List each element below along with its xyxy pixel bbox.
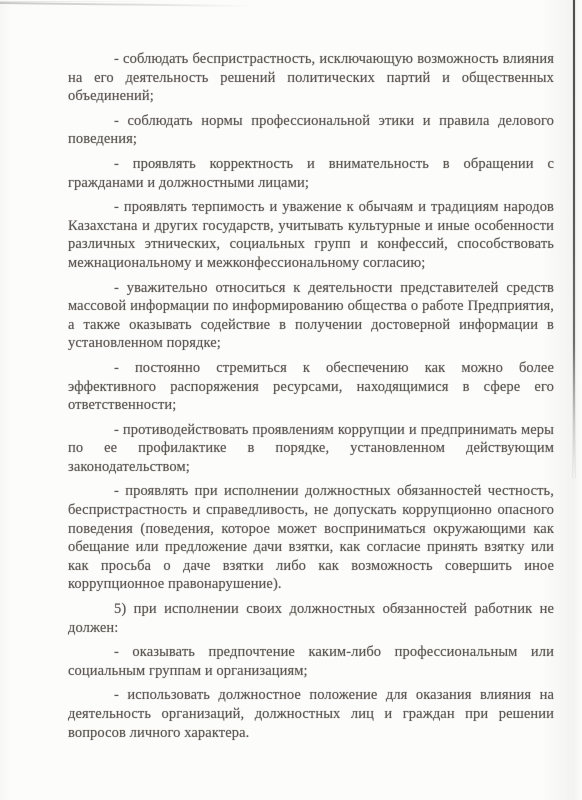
doc-paragraph: - оказывать предпочтение каким-либо проф… (68, 643, 554, 680)
scan-artifact-top-edge-line (0, 2, 255, 7)
doc-paragraph: - постоянно стремиться к обеспечению как… (68, 359, 554, 415)
scan-artifact-top-edge-line-faint (0, 1, 170, 2)
doc-paragraph: - уважительно относиться к деятельности … (68, 279, 554, 353)
doc-paragraph: - соблюдать беспристрастность, исключающ… (68, 50, 554, 106)
doc-paragraph: - противодействовать проявлениям коррупц… (68, 421, 554, 477)
doc-paragraph: - проявлять терпимость и уважение к обыч… (68, 198, 554, 272)
doc-paragraph: - проявлять корректность и внимательност… (68, 155, 554, 192)
document-text-block: - соблюдать беспристрастность, исключающ… (68, 50, 554, 748)
doc-paragraph: - проявлять при исполнении должностных о… (68, 482, 554, 594)
scan-artifact-right-edge-line (573, 0, 575, 478)
doc-paragraph: - использовать должностное положение для… (68, 686, 554, 742)
doc-paragraph: - соблюдать нормы профессиональной этики… (68, 112, 554, 149)
scanned-document-page: - соблюдать беспристрастность, исключающ… (0, 0, 582, 800)
doc-paragraph-numbered-clause: 5) при исполнении своих должностных обяз… (68, 600, 554, 637)
